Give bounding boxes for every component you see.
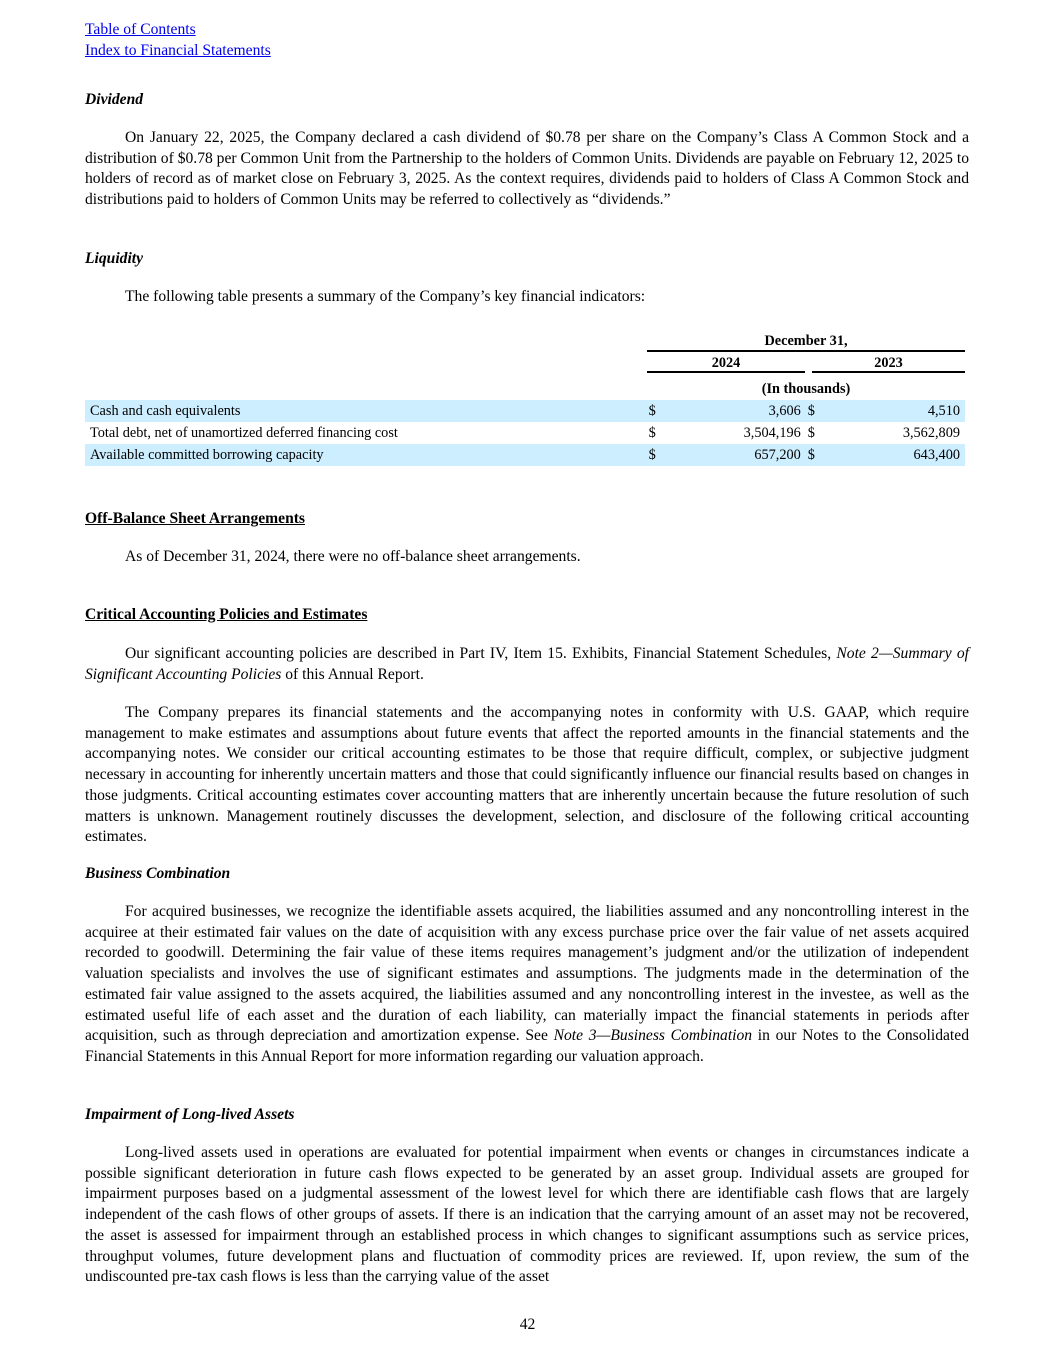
value-2024: 3,606 [666,400,806,422]
critical-paragraph-2: The Company prepares its financial state… [85,703,969,848]
value-2023: 4,510 [825,400,965,422]
row-label: Total debt, net of unamortized deferred … [85,422,647,444]
table-of-contents-link[interactable]: Table of Contents [85,19,969,40]
currency-symbol: $ [647,400,666,422]
bc-text: For acquired businesses, we recognize th… [85,903,969,1044]
table-row: Available committed borrowing capacity $… [85,444,965,466]
impairment-paragraph: Long-lived assets used in operations are… [85,1143,969,1288]
business-combination-paragraph: For acquired businesses, we recognize th… [85,902,969,1068]
page-number: 42 [0,1315,1055,1336]
dividend-paragraph: On January 22, 2025, the Company declare… [85,128,969,211]
currency-symbol: $ [647,422,666,444]
business-combination-heading: Business Combination [85,864,969,885]
value-2023: 643,400 [825,444,965,466]
impairment-heading: Impairment of Long-lived Assets [85,1105,969,1126]
table-rule [812,371,965,373]
critical-paragraph-1: Our significant accounting policies are … [85,644,969,685]
row-label: Available committed borrowing capacity [85,444,647,466]
table-rule [647,350,965,352]
p1-tail: of this Annual Report. [281,666,424,683]
value-2023: 3,562,809 [825,422,965,444]
table-row: Total debt, net of unamortized deferred … [85,422,965,444]
liquidity-heading: Liquidity [85,249,969,270]
note-3-reference: Note 3—Business Combination [554,1027,753,1044]
table-row: Cash and cash equivalents $ 3,606 $ 4,51… [85,400,965,422]
index-financial-statements-link[interactable]: Index to Financial Statements [85,40,969,61]
critical-accounting-heading: Critical Accounting Policies and Estimat… [85,605,969,626]
p1-text: Our significant accounting policies are … [125,645,836,662]
table-units: (In thousands) [647,379,965,400]
dividend-heading: Dividend [85,90,969,111]
value-2024: 657,200 [666,444,806,466]
liquidity-intro: The following table presents a summary o… [85,287,969,308]
row-label: Cash and cash equivalents [85,400,647,422]
value-2024: 3,504,196 [666,422,806,444]
table-period-header: December 31, [647,331,965,352]
financial-table-body: Cash and cash equivalents $ 3,606 $ 4,51… [85,400,965,466]
off-balance-heading: Off-Balance Sheet Arrangements [85,509,969,530]
document-page: Table of Contents Index to Financial Sta… [85,19,969,61]
currency-symbol: $ [806,422,825,444]
table-rule [647,371,805,373]
off-balance-paragraph: As of December 31, 2024, there were no o… [85,547,969,568]
currency-symbol: $ [806,400,825,422]
currency-symbol: $ [647,444,666,466]
currency-symbol: $ [806,444,825,466]
